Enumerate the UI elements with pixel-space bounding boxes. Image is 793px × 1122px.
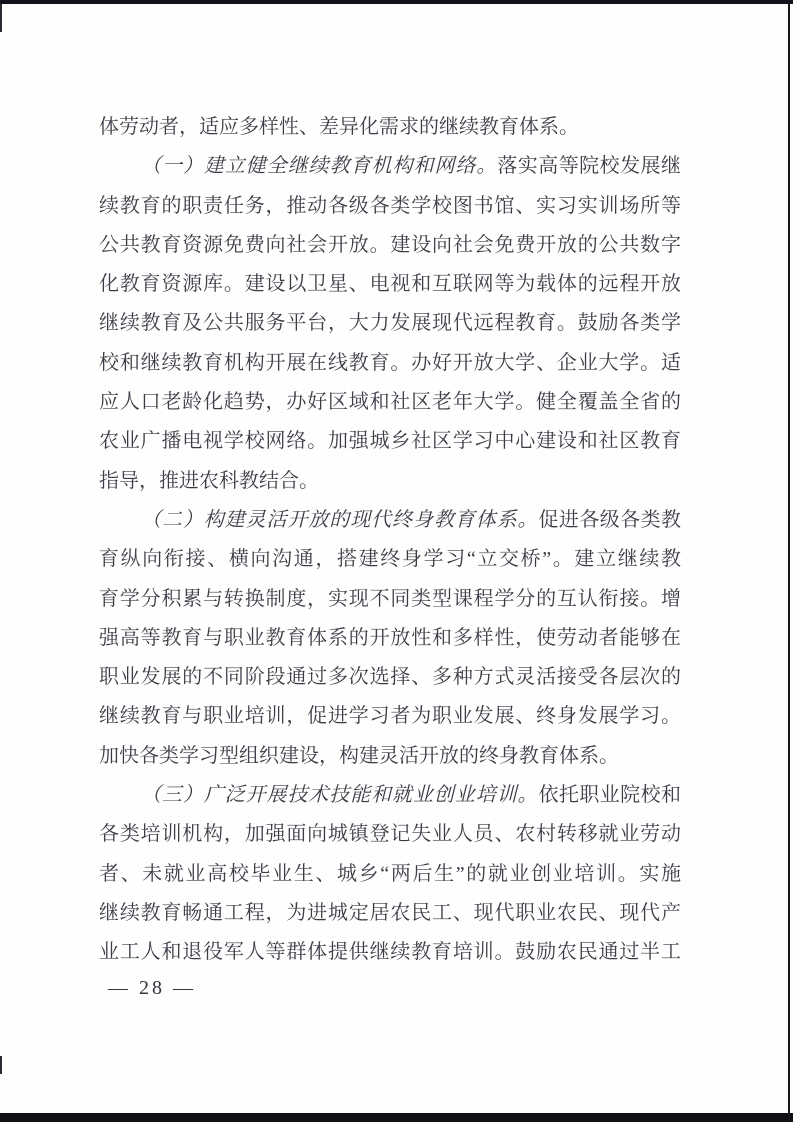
document-body-text: 体劳动者，适应多样性、差异化需求的继续教育体系。 （一）建立健全继续教育机构和网… xyxy=(99,108,681,973)
body-text-line: （二）构建灵活开放的现代终身教育体系。促进各级各类教 xyxy=(99,501,681,540)
body-text-line: 公共教育资源免费向社会开放。建设向社会免费开放的公共数字 xyxy=(99,226,681,265)
body-text-run: 依托职业院校和 xyxy=(538,784,681,806)
body-text-line: （三）广泛开展技术技能和就业创业培训。依托职业院校和 xyxy=(99,776,681,815)
body-text-run: 促进各级各类教 xyxy=(538,509,681,531)
body-text-line: 应人口老龄化趋势，办好区域和社区老年大学。健全覆盖全省的 xyxy=(99,383,681,422)
body-text-line: 育纵向衔接、横向沟通，搭建终身学习“立交桥”。建立继续教 xyxy=(99,540,681,579)
section-1-heading: （一）建立健全继续教育机构和网络。 xyxy=(141,155,497,177)
scan-edge-left-mark-bottom xyxy=(0,1056,2,1074)
document-page: 体劳动者，适应多样性、差异化需求的继续教育体系。 （一）建立健全继续教育机构和网… xyxy=(0,0,793,1122)
body-text-line: 校和继续教育机构开展在线教育。办好开放大学、企业大学。适 xyxy=(99,344,681,383)
body-text-line: 职业发展的不同阶段通过多次选择、多种方式灵活接受各层次的 xyxy=(99,658,681,697)
body-text-line: 各类培训机构，加强面向城镇登记失业人员、农村转移就业劳动 xyxy=(99,815,681,854)
body-text-line: （一）建立健全继续教育机构和网络。落实高等院校发展继 xyxy=(99,147,681,186)
body-text-line: 继续教育与职业培训，促进学习者为职业发展、终身发展学习。 xyxy=(99,697,681,736)
body-text-line: 强高等教育与职业教育体系的开放性和多样性，使劳动者能够在 xyxy=(99,619,681,658)
body-text-line: 化教育资源库。建设以卫星、电视和互联网等为载体的远程开放 xyxy=(99,265,681,304)
scan-edge-top xyxy=(0,0,793,4)
scan-edge-right xyxy=(788,0,790,1122)
body-text-line: 农业广播电视学校网络。加强城乡社区学习中心建设和社区教育 xyxy=(99,422,681,461)
body-text-line: 育学分积累与转换制度，实现不同类型课程学分的互认衔接。增 xyxy=(99,580,681,619)
body-text-line: 者、未就业高校毕业生、城乡“两后生”的就业创业培训。实施 xyxy=(99,855,681,894)
body-text-line: 业工人和退役军人等群体提供继续教育培训。鼓励农民通过半工 xyxy=(99,933,681,972)
page-number: — 28 — xyxy=(108,977,196,1000)
scan-edge-left-mark-top xyxy=(0,4,2,32)
body-text-run: 落实高等院校发展继 xyxy=(497,155,681,177)
body-text-line: 继续教育及公共服务平台，大力发展现代远程教育。鼓励各类学 xyxy=(99,304,681,343)
body-text-line: 继续教育畅通工程，为进城定居农民工、现代职业农民、现代产 xyxy=(99,894,681,933)
body-text-line: 体劳动者，适应多样性、差异化需求的继续教育体系。 xyxy=(99,108,681,147)
body-text-line: 指导，推进农科教结合。 xyxy=(99,462,681,501)
section-2-heading: （二）构建灵活开放的现代终身教育体系。 xyxy=(141,509,538,531)
body-text-line: 续教育的职责任务，推动各级各类学校图书馆、实习实训场所等 xyxy=(99,187,681,226)
section-3-heading: （三）广泛开展技术技能和就业创业培训。 xyxy=(141,784,538,806)
body-text-line: 加快各类学习型组织建设，构建灵活开放的终身教育体系。 xyxy=(99,737,681,776)
scan-edge-bottom xyxy=(0,1113,793,1122)
